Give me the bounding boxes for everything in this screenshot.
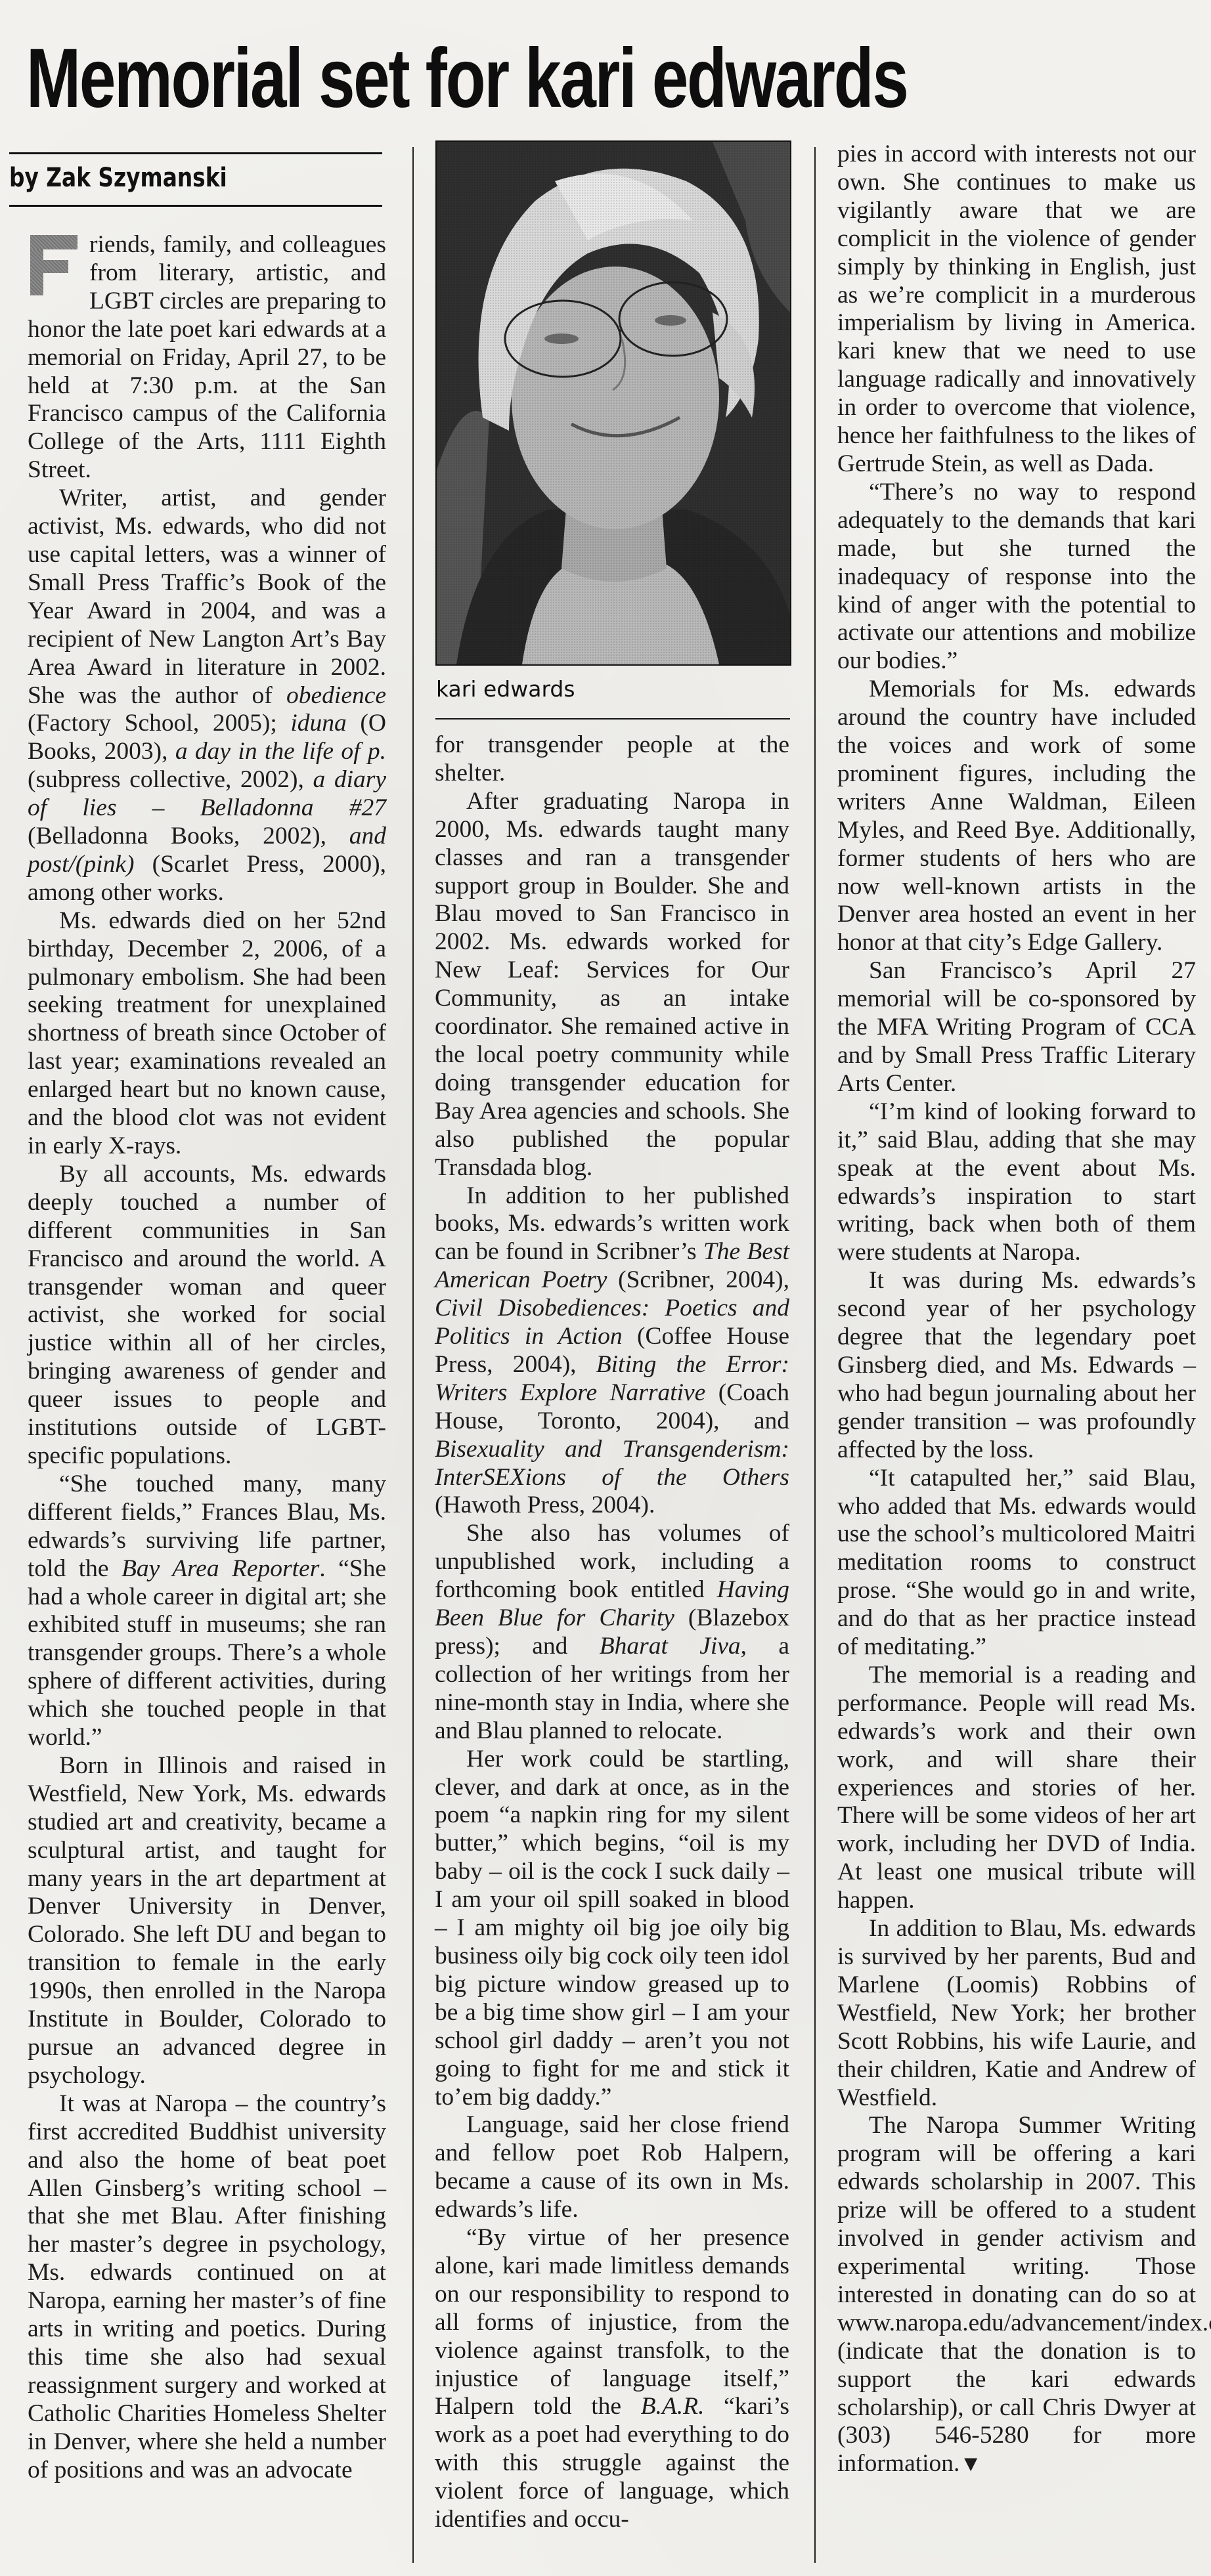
- paragraph: After graduating Naropa in 2000, Ms. edw…: [435, 788, 789, 1182]
- portrait-illustration: [437, 142, 790, 664]
- paragraph: “I’m kind of looking forward to it,” sai…: [837, 1098, 1196, 1267]
- article-column-3: pies in accord with interests not our ow…: [837, 140, 1196, 2479]
- portrait-photo: [435, 140, 791, 666]
- headline: Memorial set for kari edwards: [26, 26, 938, 131]
- book-title: Bharat Jiva: [600, 1633, 741, 1660]
- lead-paragraph: riends, family, and colleagues from lite…: [28, 231, 386, 484]
- paragraph: She also has volumes of unpublished work…: [435, 1520, 789, 1745]
- publication-title: B.A.R.: [641, 2393, 705, 2420]
- column-divider-left: [412, 147, 414, 2563]
- caption-rule: [435, 718, 790, 719]
- paragraph: In addition to Blau, Ms. edwards is surv…: [837, 1915, 1196, 2112]
- paragraph: “It catapulted her,” said Blau, who adde…: [837, 1465, 1196, 1662]
- column-divider-right: [814, 147, 816, 2563]
- paragraph: In addition to her published books, Ms. …: [435, 1182, 789, 1520]
- paragraph: pies in accord with interests not our ow…: [837, 140, 1196, 479]
- paragraph: “By virtue of her presence alone, kari m…: [435, 2224, 789, 2534]
- paragraph: The Naropa Summer Writing program will b…: [837, 2112, 1196, 2479]
- paragraph: Born in Illinois and raised in Westfield…: [28, 1752, 386, 2090]
- paragraph: The memorial is a reading and performanc…: [837, 1662, 1196, 1915]
- article-column-1: riends, family, and colleagues from lite…: [28, 231, 386, 2485]
- paragraph: Ms. edwards died on her 52nd birthday, D…: [28, 907, 386, 1161]
- photo-caption: kari edwards: [436, 676, 575, 702]
- book-title: Bisexuality and Transgenderism: InterSEX…: [435, 1436, 789, 1491]
- byline: by Zak Szymanski: [9, 163, 227, 193]
- article-column-2: for transgender people at the shelter. A…: [435, 731, 789, 2534]
- newspaper-page: Memorial set for kari edwards by Zak Szy…: [0, 0, 1211, 2576]
- paragraph: It was at Naropa – the country’s first a…: [28, 2090, 386, 2485]
- book-title: a day in the life of p.: [175, 738, 386, 765]
- paragraph: Memorials for Ms. edwards around the cou…: [837, 676, 1196, 957]
- byline-bottom-rule: [9, 205, 382, 207]
- paragraph: for transgender people at the shelter.: [435, 731, 789, 788]
- byline-top-rule: [9, 152, 382, 154]
- paragraph: “She touched many, many different fields…: [28, 1470, 386, 1752]
- paragraph: Her work could be startling, clever, and…: [435, 1746, 789, 2112]
- book-title: obedience: [286, 682, 386, 709]
- paragraph: It was during Ms. edwards’s second year …: [837, 1267, 1196, 1464]
- paragraph: San Francisco’s April 27 memorial will b…: [837, 957, 1196, 1098]
- end-of-story-triangle-icon: ▼: [959, 2452, 982, 2476]
- publication-title: Bay Area Reporter: [121, 1555, 319, 1582]
- book-title: iduna: [290, 710, 346, 737]
- paragraph: Writer, artist, and gender activist, Ms.…: [28, 484, 386, 907]
- paragraph: “There’s no way to respond adequately to…: [837, 479, 1196, 676]
- paragraph: Language, said her close friend and fell…: [435, 2111, 789, 2224]
- paragraph: By all accounts, Ms. edwards deeply touc…: [28, 1161, 386, 1470]
- dropcap-letter-f: [30, 235, 77, 295]
